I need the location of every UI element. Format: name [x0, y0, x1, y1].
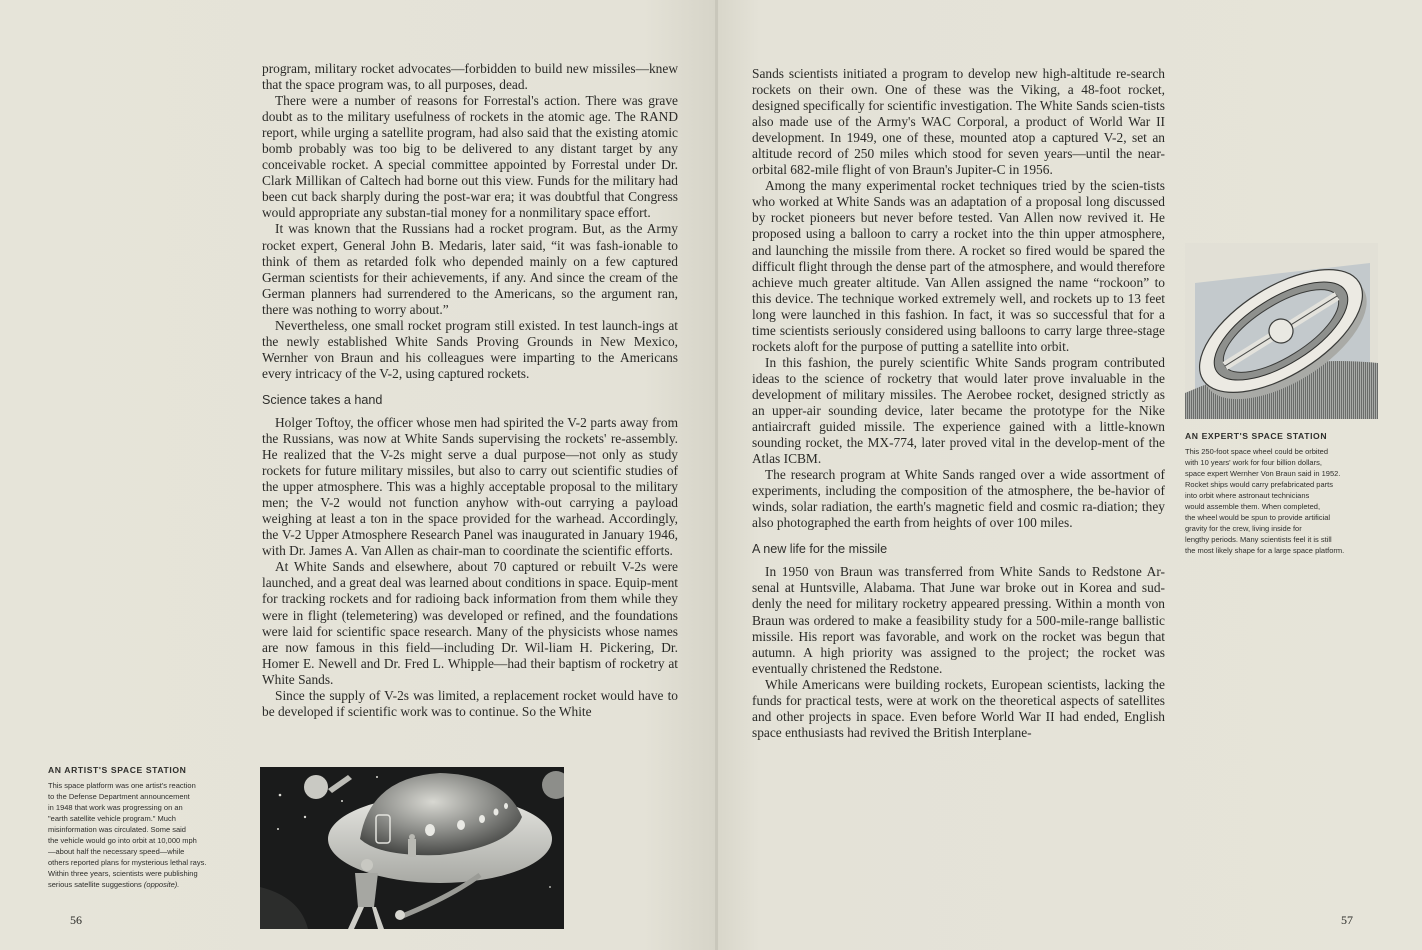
caption-line: to the Defense Department announcement	[48, 791, 253, 802]
left-figure-caption-body: This space platform was one artist's rea…	[48, 780, 253, 890]
caption-line: This space platform was one artist's rea…	[48, 780, 253, 791]
page-number-left: 56	[70, 913, 82, 928]
left-body-column: program, military rocket advocates—forbi…	[262, 61, 678, 720]
caption-line: misinformation was circulated. Some said	[48, 824, 253, 835]
body-paragraph: The research program at White Sands rang…	[752, 467, 1165, 531]
caption-line: the wheel would be spun to provide artif…	[1185, 512, 1395, 523]
caption-line: the most likely shape for a large space …	[1185, 545, 1395, 556]
book-gutter	[715, 0, 718, 950]
body-paragraph: Among the many experimental rocket techn…	[752, 178, 1165, 355]
right-figure-caption-body: This 250-foot space wheel could be orbit…	[1185, 446, 1395, 556]
section-subheading: Science takes a hand	[262, 392, 678, 408]
body-paragraph: Nevertheless, one small rocket program s…	[262, 318, 678, 382]
wheel-station-image	[1185, 243, 1378, 419]
body-paragraph: There were a number of reasons for Forre…	[262, 93, 678, 221]
right-body-column: Sands scientists initiated a program to …	[752, 66, 1165, 741]
caption-line: others reported plans for mysterious let…	[48, 857, 253, 868]
right-figure-title: AN EXPERT'S SPACE STATION	[1185, 431, 1395, 442]
caption-line: space expert Wernher Von Braun said in 1…	[1185, 468, 1395, 479]
left-figure-caption: AN ARTIST'S SPACE STATION This space pla…	[48, 765, 253, 890]
caption-line: This 250-foot space wheel could be orbit…	[1185, 446, 1395, 457]
caption-line: would assemble them. When completed,	[1185, 501, 1395, 512]
body-paragraph: Since the supply of V-2s was limited, a …	[262, 688, 678, 720]
caption-line: —about half the necessary speed—while	[48, 846, 253, 857]
caption-line: Within three years, scientists were publ…	[48, 868, 253, 879]
page-number-right: 57	[1341, 913, 1353, 928]
right-figure-caption: AN EXPERT'S SPACE STATION This 250-foot …	[1185, 431, 1395, 556]
body-paragraph: In 1950 von Braun was transferred from W…	[752, 564, 1165, 676]
artist-space-station-illustration	[260, 767, 564, 929]
expert-space-station-illustration	[1185, 243, 1378, 419]
left-figure-title: AN ARTIST'S SPACE STATION	[48, 765, 253, 776]
caption-line: the vehicle would go into orbit at 10,00…	[48, 835, 253, 846]
caption-line: with 10 years' work for four billion dol…	[1185, 457, 1395, 468]
body-paragraph: Holger Toftoy, the officer whose men had…	[262, 415, 678, 559]
caption-line: Rocket ships would carry prefabricated p…	[1185, 479, 1395, 490]
caption-line: in 1948 that work was progressing on an	[48, 802, 253, 813]
caption-line: gravity for the crew, living inside for	[1185, 523, 1395, 534]
body-paragraph: In this fashion, the purely scientific W…	[752, 355, 1165, 467]
body-paragraph: At White Sands and elsewhere, about 70 c…	[262, 559, 678, 687]
section-subheading: A new life for the missile	[752, 541, 1165, 557]
body-paragraph: program, military rocket advocates—forbi…	[262, 61, 678, 93]
caption-line: "earth satellite vehicle program." Much	[48, 813, 253, 824]
body-paragraph: It was known that the Russians had a roc…	[262, 221, 678, 317]
caption-line: serious satellite suggestions (opposite)…	[48, 879, 253, 890]
body-paragraph: Sands scientists initiated a program to …	[752, 66, 1165, 178]
caption-line: lengthy periods. Many scientists feel it…	[1185, 534, 1395, 545]
body-paragraph: While Americans were building rockets, E…	[752, 677, 1165, 741]
caption-reference: (opposite).	[142, 880, 180, 889]
caption-line: into orbit where astronaut technicians	[1185, 490, 1395, 501]
saucer-station-image	[260, 767, 564, 929]
